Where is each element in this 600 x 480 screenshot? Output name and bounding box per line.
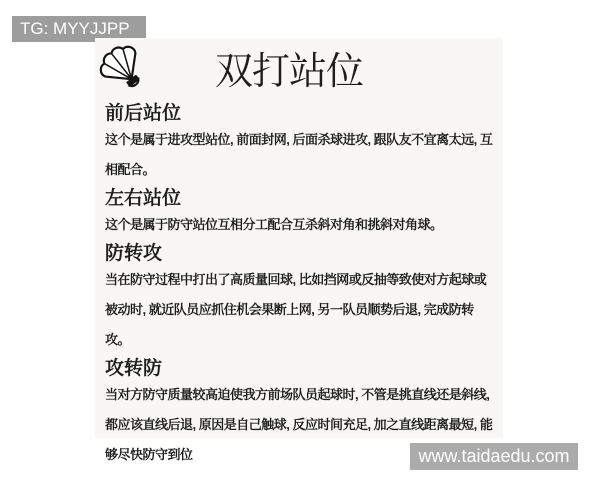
article-panel: 双打站位 前后站位 这个是属于进攻型站位, 前面封网, 后面杀球进攻, 跟队友不… (95, 38, 503, 438)
shuttlecock-icon (97, 42, 155, 102)
article-header: 双打站位 (105, 38, 493, 100)
section-left-right: 左右站位 这个是属于防守站位互相分工配合互杀斜对角和挑斜对角球。 (105, 188, 493, 240)
section-body: 当在防守过程中打出了高质量回球, 比如挡网或反抽等致使对方起球或被动时, 就近队… (105, 265, 493, 355)
section-heading: 防转攻 (105, 243, 493, 265)
section-body: 这个是属于进攻型站位, 前面封网, 后面杀球进攻, 跟队友不宜离太远, 互相配合… (105, 125, 493, 185)
section-defense-to-attack: 防转攻 当在防守过程中打出了高质量回球, 比如挡网或反抽等致使对方起球或被动时,… (105, 243, 493, 355)
website-watermark-badge: www.taidaedu.com (410, 443, 578, 470)
section-front-back: 前后站位 这个是属于进攻型站位, 前面封网, 后面杀球进攻, 跟队友不宜离太远,… (105, 103, 493, 185)
section-heading: 前后站位 (105, 103, 493, 125)
page-title: 双打站位 (215, 40, 363, 95)
section-heading: 左右站位 (105, 188, 493, 210)
section-heading: 攻转防 (105, 358, 493, 380)
section-body: 这个是属于防守站位互相分工配合互杀斜对角和挑斜对角球。 (105, 210, 493, 240)
